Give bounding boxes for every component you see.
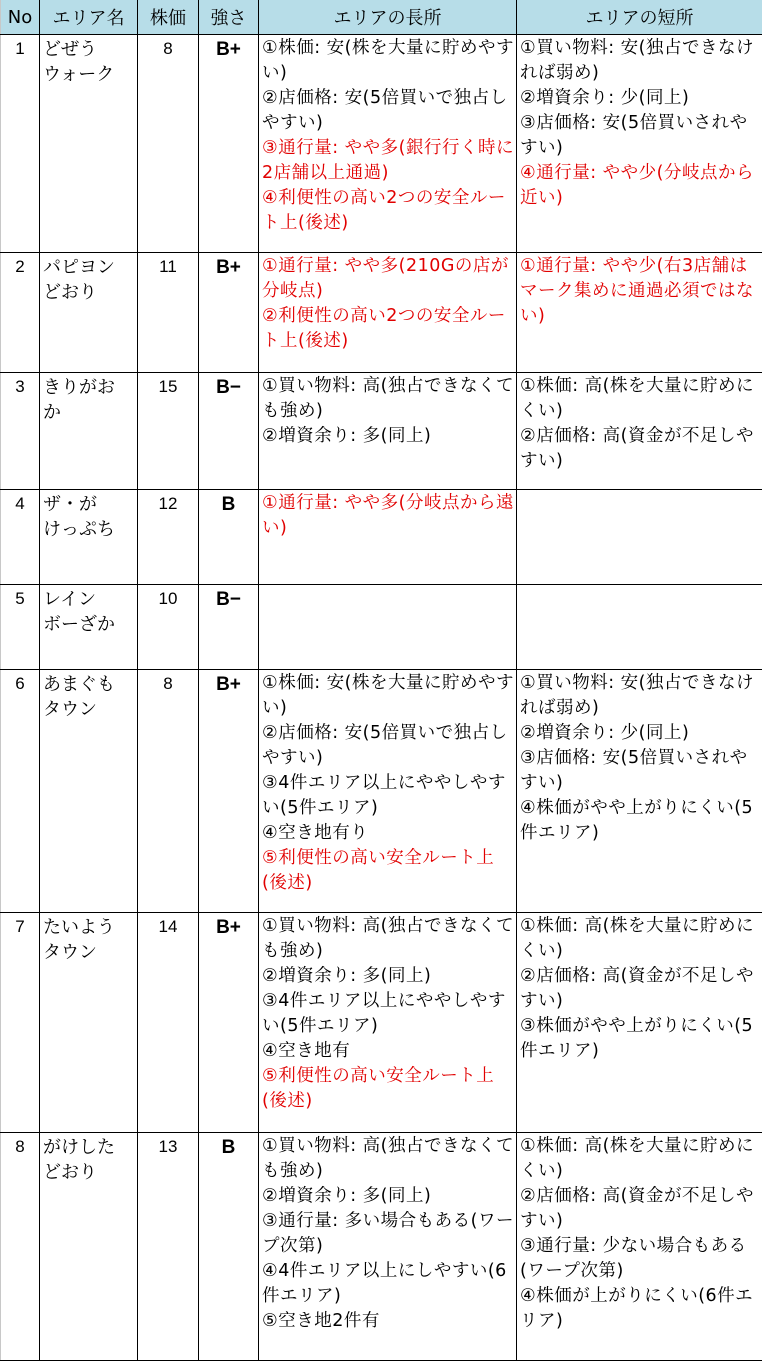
pro-item: ①通行量: やや多(分岐点から遠い) <box>262 491 516 541</box>
stock-price: 10 <box>138 585 199 670</box>
pros-cell: ①通行量: やや多(分岐点から遠い) <box>259 490 517 585</box>
stock-price: 8 <box>138 670 199 913</box>
header-stock-price: 株価 <box>138 0 199 35</box>
area-name: レイン ボーざか <box>40 585 138 670</box>
row-number: 8 <box>1 1133 40 1361</box>
cons-cell: ①株価: 高(株を大量に貯めにくい)②店価格: 高(資金が不足しやすい)③株価が… <box>517 913 762 1133</box>
pro-item: ④4件エリア以上にしやすい(6件エリア) <box>262 1259 516 1309</box>
area-name-text: たいよう タウン <box>43 917 115 963</box>
pro-item: ①株価: 安(株を大量に貯めやすい) <box>262 36 516 86</box>
pro-item: ①株価: 安(株を大量に貯めやすい) <box>262 671 516 721</box>
header-no: No <box>1 0 40 35</box>
table-body: 1どぜう ウォーク8B+①株価: 安(株を大量に貯めやすい)②店価格: 安(5倍… <box>1 35 762 1361</box>
con-item: ②増資余り: 少(同上) <box>520 86 762 111</box>
con-item: ③店価格: 安(5倍買いされやすい) <box>520 746 762 796</box>
area-name: ザ・が けっぷち <box>40 490 138 585</box>
pro-item: ②増資余り: 多(同上) <box>262 424 516 449</box>
pros-cell <box>259 585 517 670</box>
con-item: ②店価格: 高(資金が不足しやすい) <box>520 964 762 1014</box>
pros-cell: ①株価: 安(株を大量に貯めやすい)②店価格: 安(5倍買いで独占しやすい)③通… <box>259 35 517 253</box>
header-area-name: エリア名 <box>40 0 138 35</box>
pro-item: ③4件エリア以上にややしやすい(5件エリア) <box>262 989 516 1039</box>
stock-price: 8 <box>138 35 199 253</box>
con-item: ②店価格: 高(資金が不足しやすい) <box>520 424 762 474</box>
pro-item: ④空き地有り <box>262 821 516 846</box>
cons-cell: ①通行量: やや少(右3店舗はマーク集めに通過必須ではない) <box>517 253 762 373</box>
area-name-text: がけした どおり <box>43 1137 115 1183</box>
table-row: 3きりがお か15B−①買い物料: 高(独占できなくても強め)②増資余り: 多(… <box>1 373 762 490</box>
con-item: ③店価格: 安(5倍買いされやすい) <box>520 111 762 161</box>
area-name-text: どぜう ウォーク <box>43 39 114 85</box>
con-item: ②増資余り: 少(同上) <box>520 721 762 746</box>
pros-cell: ①通行量: やや多(210Gの店が分岐点)②利便性の高い2つの安全ルート上(後述… <box>259 253 517 373</box>
con-item: ②店価格: 高(資金が不足しやすい) <box>520 1184 762 1234</box>
pro-item: ①買い物料: 高(独占できなくても強め) <box>262 374 516 424</box>
area-name: きりがお か <box>40 373 138 490</box>
cons-cell <box>517 490 762 585</box>
con-item: ①買い物料: 安(独占できなければ弱め) <box>520 671 762 721</box>
row-number: 4 <box>1 490 40 585</box>
pro-item: ②店価格: 安(5倍買いで独占しやすい) <box>262 721 516 771</box>
strength-rating: B− <box>199 585 259 670</box>
con-item: ①通行量: やや少(右3店舗はマーク集めに通過必須ではない) <box>520 254 762 329</box>
table-row: 1どぜう ウォーク8B+①株価: 安(株を大量に貯めやすい)②店価格: 安(5倍… <box>1 35 762 253</box>
table-row: 8がけした どおり13B①買い物料: 高(独占できなくても強め)②増資余り: 多… <box>1 1133 762 1361</box>
con-item: ①株価: 高(株を大量に貯めにくい) <box>520 1134 762 1184</box>
pro-item: ②増資余り: 多(同上) <box>262 1184 516 1209</box>
cons-cell <box>517 585 762 670</box>
pros-cell: ①株価: 安(株を大量に貯めやすい)②店価格: 安(5倍買いで独占しやすい)③4… <box>259 670 517 913</box>
pro-item: ②利便性の高い2つの安全ルート上(後述) <box>262 304 516 354</box>
strength-rating: B+ <box>199 35 259 253</box>
cons-cell: ①株価: 高(株を大量に貯めにくい)②店価格: 高(資金が不足しやすい)③通行量… <box>517 1133 762 1361</box>
pros-cell: ①買い物料: 高(独占できなくても強め)②増資余り: 多(同上)③通行量: 多い… <box>259 1133 517 1361</box>
row-number: 6 <box>1 670 40 913</box>
pros-cell: ①買い物料: 高(独占できなくても強め)②増資余り: 多(同上) <box>259 373 517 490</box>
stock-price: 13 <box>138 1133 199 1361</box>
header-row: No エリア名 株価 強さ エリアの長所 エリアの短所 <box>1 0 762 35</box>
pro-item: ①買い物料: 高(独占できなくても強め) <box>262 1134 516 1184</box>
pro-item: ③通行量: 多い場合もある(ワープ次第) <box>262 1209 516 1259</box>
pro-item: ②増資余り: 多(同上) <box>262 964 516 989</box>
con-item: ①買い物料: 安(独占できなければ弱め) <box>520 36 762 86</box>
stock-price: 15 <box>138 373 199 490</box>
pro-item: ⑤利便性の高い安全ルート上(後述) <box>262 1064 516 1114</box>
pro-item: ③通行量: やや多(銀行行く時に2店舗以上通過) <box>262 136 516 186</box>
pros-cell: ①買い物料: 高(独占できなくても強め)②増資余り: 多(同上)③4件エリア以上… <box>259 913 517 1133</box>
pro-item: ⑤利便性の高い安全ルート上(後述) <box>262 846 516 896</box>
stock-price: 14 <box>138 913 199 1133</box>
area-name: がけした どおり <box>40 1133 138 1361</box>
con-item: ③通行量: 少ない場合もある(ワープ次第) <box>520 1234 762 1284</box>
area-name: どぜう ウォーク <box>40 35 138 253</box>
table-row: 6あまぐも タウン8B+①株価: 安(株を大量に貯めやすい)②店価格: 安(5倍… <box>1 670 762 913</box>
row-number: 5 <box>1 585 40 670</box>
pro-item: ③4件エリア以上にややしやすい(5件エリア) <box>262 771 516 821</box>
strength-rating: B <box>199 490 259 585</box>
area-name-text: レイン ボーざか <box>43 589 115 635</box>
strength-rating: B+ <box>199 253 259 373</box>
area-name-text: あまぐも タウン <box>43 674 115 720</box>
table-row: 4ザ・が けっぷち12B①通行量: やや多(分岐点から遠い) <box>1 490 762 585</box>
strength-rating: B− <box>199 373 259 490</box>
strength-rating: B+ <box>199 670 259 913</box>
con-item: ④株価がやや上がりにくい(5件エリア) <box>520 796 762 846</box>
cons-cell: ①株価: 高(株を大量に貯めにくい)②店価格: 高(資金が不足しやすい) <box>517 373 762 490</box>
area-name-text: ザ・が けっぷち <box>43 494 115 540</box>
stock-price: 11 <box>138 253 199 373</box>
header-cons: エリアの短所 <box>517 0 762 35</box>
table-row: 5レイン ボーざか10B− <box>1 585 762 670</box>
con-item: ①株価: 高(株を大量に貯めにくい) <box>520 374 762 424</box>
pro-item: ④空き地有 <box>262 1039 516 1064</box>
row-number: 2 <box>1 253 40 373</box>
con-item: ④株価が上がりにくい(6件エリア) <box>520 1284 762 1334</box>
row-number: 7 <box>1 913 40 1133</box>
area-name: パピヨン どおり <box>40 253 138 373</box>
header-pros: エリアの長所 <box>259 0 517 35</box>
strength-rating: B+ <box>199 913 259 1133</box>
stock-price: 12 <box>138 490 199 585</box>
area-name: あまぐも タウン <box>40 670 138 913</box>
strength-rating: B <box>199 1133 259 1361</box>
area-name-text: きりがお か <box>43 377 115 423</box>
area-name-text: パピヨン どおり <box>43 257 115 303</box>
area-name: たいよう タウン <box>40 913 138 1133</box>
pro-item: ②店価格: 安(5倍買いで独占しやすい) <box>262 86 516 136</box>
table-row: 7たいよう タウン14B+①買い物料: 高(独占できなくても強め)②増資余り: … <box>1 913 762 1133</box>
pro-item: ①通行量: やや多(210Gの店が分岐点) <box>262 254 516 304</box>
con-item: ③株価がやや上がりにくい(5件エリア) <box>520 1014 762 1064</box>
area-comparison-table: No エリア名 株価 強さ エリアの長所 エリアの短所 1どぜう ウォーク8B+… <box>0 0 762 1361</box>
cons-cell: ①買い物料: 安(独占できなければ弱め)②増資余り: 少(同上)③店価格: 安(… <box>517 35 762 253</box>
cons-cell: ①買い物料: 安(独占できなければ弱め)②増資余り: 少(同上)③店価格: 安(… <box>517 670 762 913</box>
row-number: 1 <box>1 35 40 253</box>
pro-item: ④利便性の高い2つの安全ルート上(後述) <box>262 186 516 236</box>
con-item: ④通行量: やや少(分岐点から近い) <box>520 161 762 211</box>
pro-item: ⑤空き地2件有 <box>262 1309 516 1334</box>
pro-item: ①買い物料: 高(独占できなくても強め) <box>262 914 516 964</box>
header-strength: 強さ <box>199 0 259 35</box>
row-number: 3 <box>1 373 40 490</box>
con-item: ①株価: 高(株を大量に貯めにくい) <box>520 914 762 964</box>
table-row: 2パピヨン どおり11B+①通行量: やや多(210Gの店が分岐点)②利便性の高… <box>1 253 762 373</box>
